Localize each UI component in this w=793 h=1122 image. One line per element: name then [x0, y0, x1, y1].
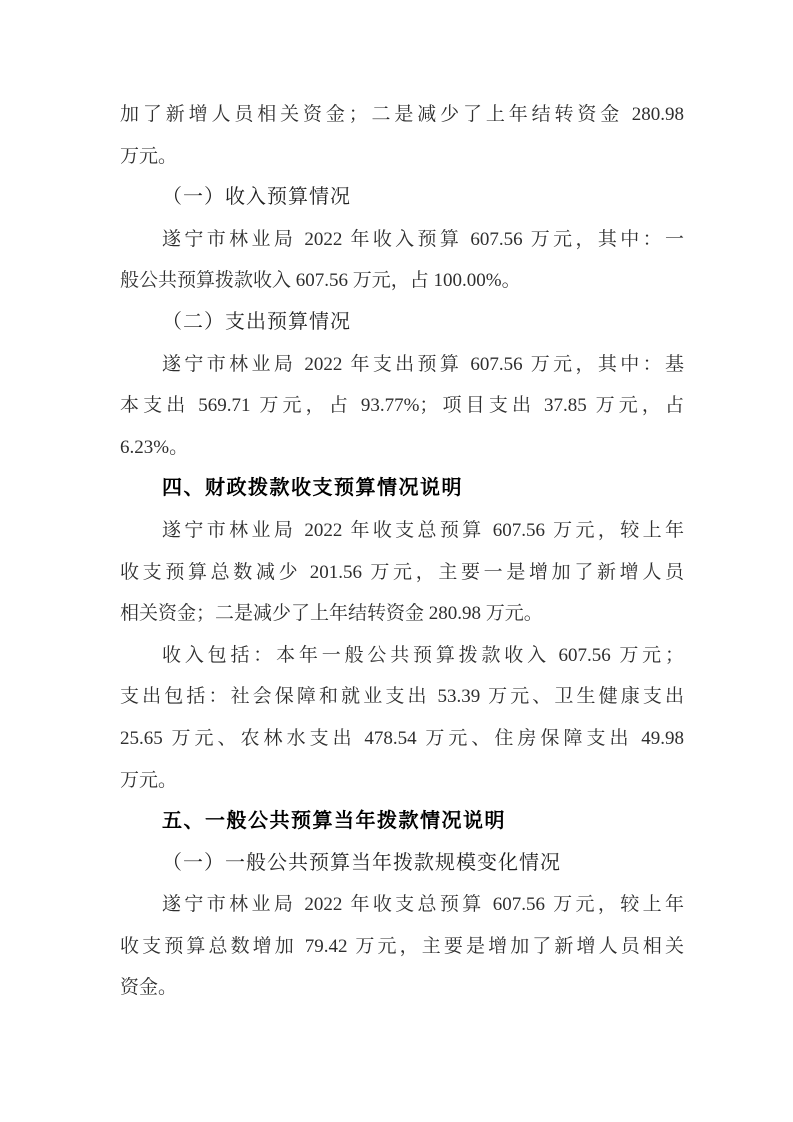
text-line: 收支预算总数减少 201.56 万元，主要一是增加了新增人员 — [120, 552, 684, 594]
paragraph-fiscal-summary: 遂宁市林业局 2022 年收支总预算 607.56 万元，较上年 收支预算总数减… — [120, 510, 684, 635]
section-heading-4: 四、财政拨款收支预算情况说明 — [120, 468, 684, 510]
paragraph-continuation: 加了新增人员相关资金；二是减少了上年结转资金 280.98 万元。 — [120, 94, 684, 177]
document-page: 加了新增人员相关资金；二是减少了上年结转资金 280.98 万元。 （一）收入预… — [0, 0, 793, 1122]
text-line: 收入包括：本年一般公共预算拨款收入 607.56 万元； — [120, 635, 684, 677]
paragraph-income-detail: 遂宁市林业局 2022 年收入预算 607.56 万元，其中：一 般公共预算拨款… — [120, 219, 684, 302]
subsection-heading-expense: （二）支出预算情况 — [120, 302, 684, 344]
paragraph-subheading-scale-change: （一）一般公共预算当年拨款规模变化情况 — [120, 843, 684, 885]
text-line: 般公共预算拨款收入 607.56 万元，占 100.00%。 — [120, 260, 684, 302]
text-line: 6.23%。 — [120, 427, 684, 469]
text-line: 遂宁市林业局 2022 年支出预算 607.56 万元，其中：基 — [120, 344, 684, 386]
text-line: 25.65 万元、农林水支出 478.54 万元、住房保障支出 49.98 — [120, 718, 684, 760]
paragraph-subheading-expense: （二）支出预算情况 — [120, 302, 684, 344]
paragraph-expense-detail: 遂宁市林业局 2022 年支出预算 607.56 万元，其中：基 本支出 569… — [120, 344, 684, 469]
paragraph-subheading-income: （一）收入预算情况 — [120, 177, 684, 219]
text-line: 加了新增人员相关资金；二是减少了上年结转资金 280.98 — [120, 94, 684, 136]
paragraph-scale-change-detail: 遂宁市林业局 2022 年收支总预算 607.56 万元，较上年 收支预算总数增… — [120, 884, 684, 1009]
section-heading-5: 五、一般公共预算当年拨款情况说明 — [120, 801, 684, 843]
document-body: 加了新增人员相关资金；二是减少了上年结转资金 280.98 万元。 （一）收入预… — [120, 94, 684, 1009]
text-line: 遂宁市林业局 2022 年收支总预算 607.56 万元，较上年 — [120, 884, 684, 926]
paragraph-section-heading-5: 五、一般公共预算当年拨款情况说明 — [120, 801, 684, 843]
paragraph-section-heading-4: 四、财政拨款收支预算情况说明 — [120, 468, 684, 510]
text-line: 万元。 — [120, 760, 684, 802]
text-line: 支出包括：社会保障和就业支出 53.39 万元、卫生健康支出 — [120, 676, 684, 718]
paragraph-income-expense-breakdown: 收入包括：本年一般公共预算拨款收入 607.56 万元； 支出包括：社会保障和就… — [120, 635, 684, 801]
text-line: 相关资金；二是减少了上年结转资金 280.98 万元。 — [120, 593, 684, 635]
text-line: 万元。 — [120, 136, 684, 178]
subsection-heading-scale-change: （一）一般公共预算当年拨款规模变化情况 — [120, 843, 684, 885]
text-line: 遂宁市林业局 2022 年收入预算 607.56 万元，其中：一 — [120, 219, 684, 261]
text-line: 本支出 569.71 万元，占 93.77%；项目支出 37.85 万元，占 — [120, 385, 684, 427]
text-line: 收支预算总数增加 79.42 万元，主要是增加了新增人员相关 — [120, 926, 684, 968]
text-line: 资金。 — [120, 967, 684, 1009]
subsection-heading-income: （一）收入预算情况 — [120, 177, 684, 219]
text-line: 遂宁市林业局 2022 年收支总预算 607.56 万元，较上年 — [120, 510, 684, 552]
